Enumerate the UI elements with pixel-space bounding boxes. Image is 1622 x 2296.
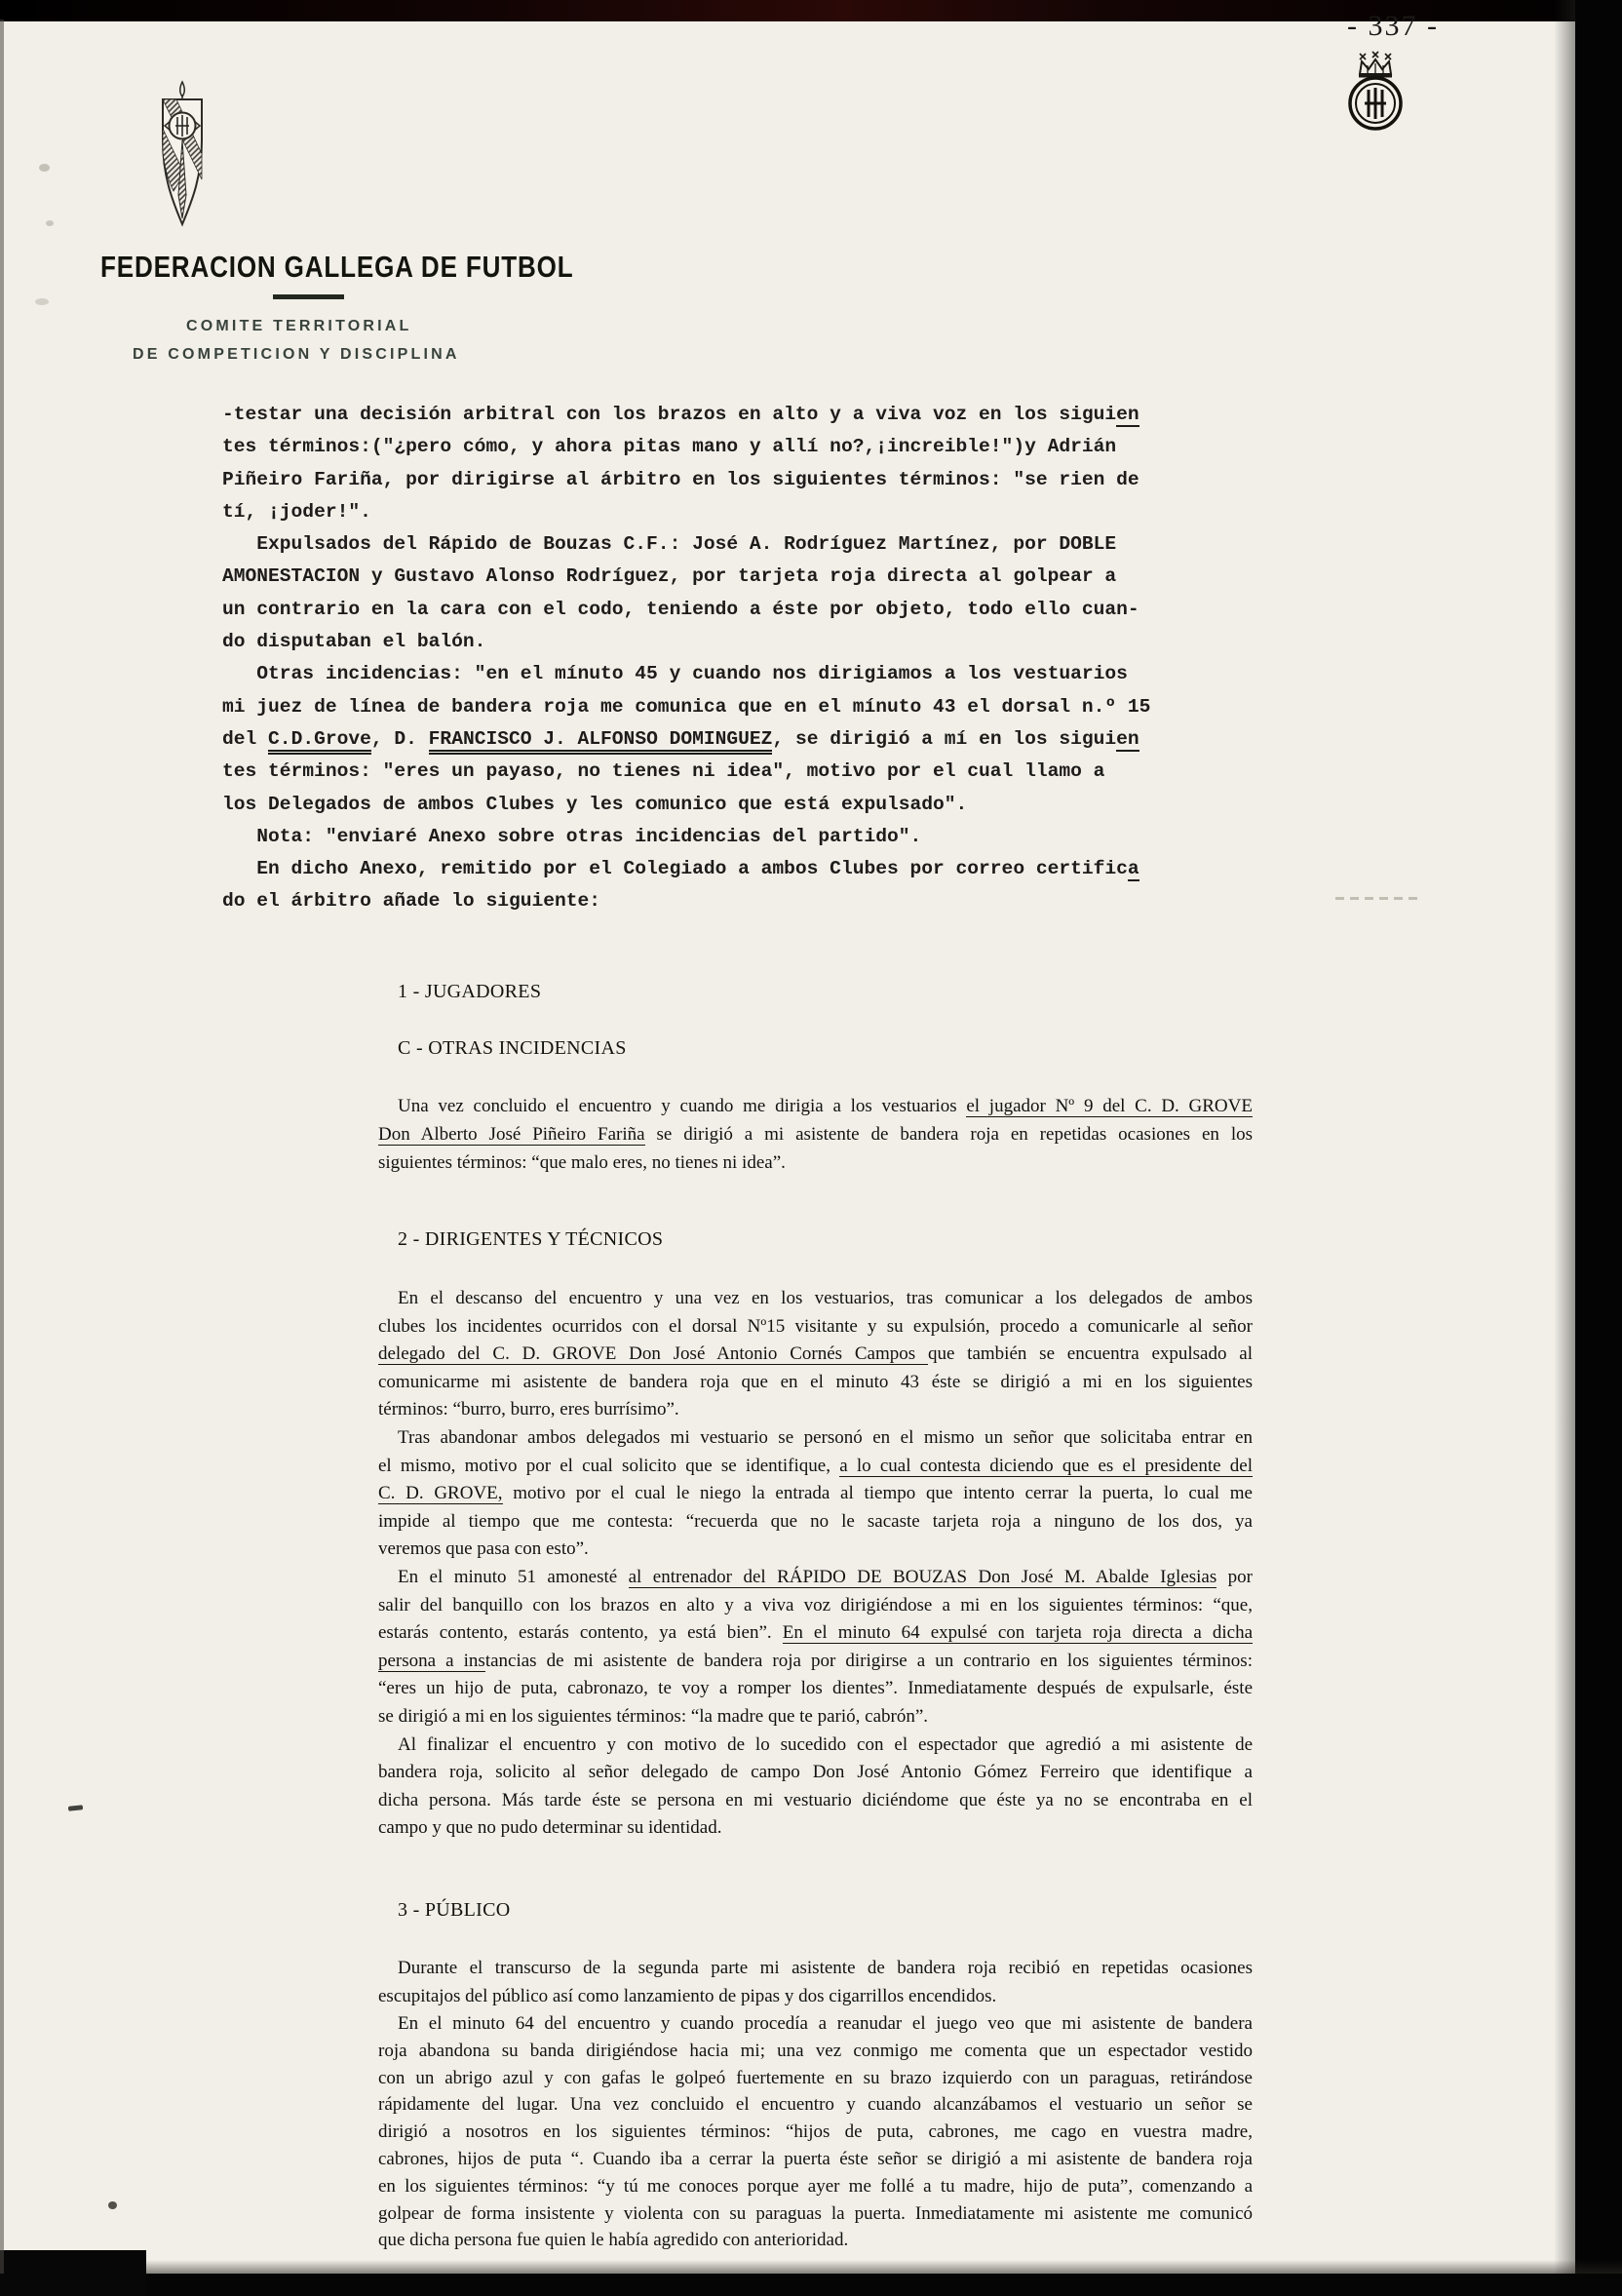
text-line: cabrones, hijos de puta “. Cuando iba a …	[378, 2146, 1253, 2173]
scan-dash-artifact	[1335, 897, 1419, 900]
text-line: Expulsados del Rápido de Bouzas C.F.: Jo…	[222, 528, 1150, 561]
scan-smudge	[39, 164, 50, 172]
scan-smudge	[35, 298, 49, 305]
text-line: tí, ¡joder!".	[222, 496, 1150, 528]
text-line: -testar una decisión arbitral con los br…	[222, 399, 1150, 431]
federation-shield-crest-icon	[155, 80, 210, 233]
typewriter-body: -testar una decisión arbitral con los br…	[222, 399, 1150, 918]
scan-edge-shadow	[1554, 0, 1575, 2296]
scan-edge-left	[0, 19, 4, 2274]
text-line: Tras abandonar ambos delegados mi vestua…	[378, 1424, 1253, 1453]
annex-heading-publico: 3 - PÚBLICO	[398, 1899, 511, 1922]
text-line: do el árbitro añade lo siguiente:	[222, 885, 1150, 917]
text-line: dirigió a nosotros en los siguientes tér…	[378, 2119, 1253, 2146]
text-line: impide al tiempo que me contesta: “recue…	[378, 1508, 1253, 1537]
text-line: mi juez de línea de bandera roja me comu…	[222, 691, 1150, 723]
text-line: Una vez concluido el encuentro y cuando …	[378, 1092, 1253, 1120]
scan-corner-bottom-left	[0, 2250, 146, 2296]
text-line: el mismo, motivo por el cual solicito qu…	[378, 1453, 1253, 1481]
scanned-document-page: - 337 -	[0, 0, 1622, 2296]
text-line: “eres un hijo de puta, cabronazo, te voy…	[378, 1675, 1253, 1703]
text-line: campo y que no pudo determinar su identi…	[378, 1814, 1253, 1843]
text-line: se dirigió a mi en los siguientes términ…	[378, 1703, 1253, 1732]
scan-smear-bottom	[0, 2260, 1622, 2274]
text-line: veremos que pasa con esto”.	[378, 1536, 1253, 1564]
annex-section-dirigentes-text: En el descanso del encuentro y una vez e…	[378, 1285, 1253, 1843]
text-line: golpear de forma insistente y violenta c…	[378, 2200, 1253, 2228]
text-line: con un abrigo azul y con gafas le golpeó…	[378, 2065, 1253, 2092]
margin-mark	[68, 1805, 83, 1811]
text-line: términos: “burro, burro, eres burrísimo”…	[378, 1396, 1253, 1424]
scan-edge-right	[1575, 0, 1622, 2296]
annex-section-publico-text-2: En el minuto 64 del encuentro y cuando p…	[378, 2010, 1253, 2254]
text-line: los Delegados de ambos Clubes y les comu…	[222, 789, 1150, 821]
text-line: comunicarme mi asistente de bandera roja…	[378, 1369, 1253, 1397]
text-line: escupitajos del público así como lanzami…	[378, 1982, 1253, 2010]
text-line: Otras incidencias: "en el mínuto 45 y cu…	[222, 658, 1150, 690]
text-line: en los siguientes términos: “y tú me con…	[378, 2173, 1253, 2200]
text-line: Al finalizar el encuentro y con motivo d…	[378, 1732, 1253, 1760]
text-line: Don Alberto José Piñeiro Fariña se dirig…	[378, 1120, 1253, 1148]
text-line: C. D. GROVE, motivo por el cual le niego…	[378, 1480, 1253, 1508]
annex-heading-dirigentes-tecnicos: 2 - DIRIGENTES Y TÉCNICOS	[398, 1228, 663, 1251]
page-number: - 337 -	[1347, 10, 1439, 43]
scan-edge-bottom	[0, 2274, 1622, 2296]
text-line: siguientes términos: “que malo eres, no …	[378, 1148, 1253, 1177]
text-line: bandera roja, solicito al señor delegado…	[378, 1759, 1253, 1787]
text-line: persona a instancias de mi asistente de …	[378, 1648, 1253, 1676]
scan-smudge	[46, 220, 54, 226]
text-line: Nota: "enviaré Anexo sobre otras inciden…	[222, 821, 1150, 853]
text-line: En el descanso del encuentro y una vez e…	[378, 1285, 1253, 1313]
text-line: En el minuto 51 amonesté al entrenador d…	[378, 1564, 1253, 1592]
text-line: estarás contento, estarás contento, ya e…	[378, 1619, 1253, 1648]
text-line: un contrario en la cara con el codo, ten…	[222, 594, 1150, 626]
text-line: tes términos:("¿pero cómo, y ahora pitas…	[222, 431, 1150, 463]
text-line: rápidamente del lugar. Una vez concluido…	[378, 2091, 1253, 2119]
annex-section-jugadores-text: Una vez concluido el encuentro y cuando …	[378, 1092, 1253, 1177]
text-line: salir del banquillo con los brazos en al…	[378, 1592, 1253, 1620]
text-line: Durante el transcurso de la segunda part…	[378, 1954, 1253, 1982]
text-line: roja abandona su banda dirigiéndose haci…	[378, 2038, 1253, 2065]
text-line: Piñeiro Fariña, por dirigirse al árbitro…	[222, 464, 1150, 496]
text-line: que dicha persona fue quien le había agr…	[378, 2227, 1253, 2254]
annex-heading-otras-incidencias: C - OTRAS INCIDENCIAS	[398, 1037, 627, 1060]
text-line: dicha persona. Más tarde éste se persona…	[378, 1787, 1253, 1815]
committee-line-2: DE COMPETICION Y DISCIPLINA	[133, 346, 460, 364]
org-title-rule	[273, 294, 344, 299]
text-line: AMONESTACION y Gustavo Alonso Rodríguez,…	[222, 561, 1150, 593]
text-line: tes términos: "eres un payaso, no tienes…	[222, 756, 1150, 788]
text-line: clubes los incidentes ocurridos con el d…	[378, 1313, 1253, 1342]
text-line: En dicho Anexo, remitido por el Colegiad…	[222, 853, 1150, 885]
crown-circle-crest-icon	[1345, 51, 1406, 137]
committee-line-1: COMITE TERRITORIAL	[186, 318, 412, 335]
text-line: do disputaban el balón.	[222, 626, 1150, 658]
org-title: FEDERACION GALLEGA DE FUTBOL	[100, 250, 573, 285]
text-line: del C.D.Grove, D. FRANCISCO J. ALFONSO D…	[222, 723, 1150, 756]
annex-section-publico-text-1: Durante el transcurso de la segunda part…	[378, 1954, 1253, 2010]
text-line: delegado del C. D. GROVE Don José Antoni…	[378, 1341, 1253, 1369]
text-line: En el minuto 64 del encuentro y cuando p…	[378, 2010, 1253, 2038]
annex-heading-jugadores: 1 - JUGADORES	[398, 981, 541, 1003]
margin-mark	[108, 2201, 117, 2209]
